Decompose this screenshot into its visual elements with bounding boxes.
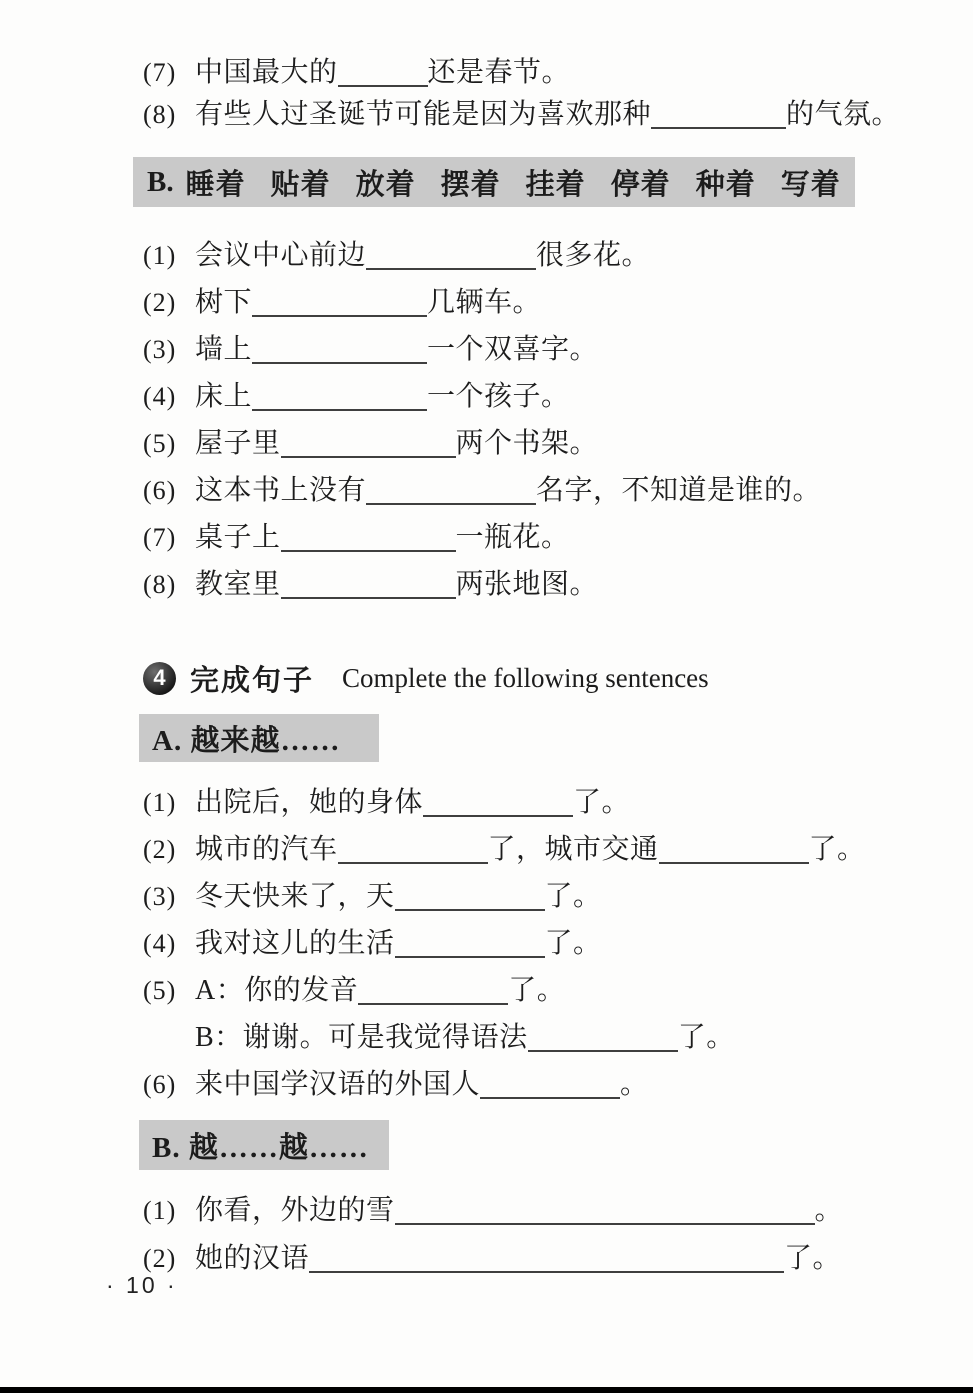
sentence-text: 了。 xyxy=(809,834,866,865)
word-bank-word: 放着 xyxy=(356,162,416,203)
item-number: (3) xyxy=(143,873,195,920)
item-number: (2) xyxy=(143,826,195,873)
item-number: (5) xyxy=(143,420,195,467)
sentence-row: B：谢谢。可是我觉得语法了。 xyxy=(143,1014,933,1061)
sentence-text: 一瓶花。 xyxy=(456,522,570,553)
answer-blank[interactable] xyxy=(309,1271,784,1273)
section-a-items: (1)出院后，她的身体了。(2)城市的汽车了，城市交通了。(3)冬天快来了，天了… xyxy=(143,779,933,1108)
answer-blank[interactable] xyxy=(395,1223,815,1225)
sentence-text: 了。 xyxy=(573,787,630,818)
sentence-text: 屋子里 xyxy=(195,428,281,459)
page-content: (7)中国最大的还是春节。(8)有些人过圣诞节可能是因为喜欢那种的气氛。 B. … xyxy=(143,52,933,1283)
answer-blank[interactable] xyxy=(252,409,427,411)
sentence-text: 来中国学汉语的外国人 xyxy=(195,1069,480,1100)
sentence-row: (2)树下几辆车。 xyxy=(143,279,933,326)
word-bank-highlight-bar: B. 睡着贴着放着摆着挂着停着种着写着 xyxy=(133,157,855,207)
item-number: (6) xyxy=(143,1061,195,1108)
answer-blank[interactable] xyxy=(366,268,536,270)
sentence-row: (4)我对这儿的生活了。 xyxy=(143,920,933,967)
page-number: · 10 · xyxy=(106,1272,178,1299)
answer-blank[interactable] xyxy=(281,550,456,552)
answer-blank[interactable] xyxy=(252,362,427,364)
sentence-text: 墙上 xyxy=(195,334,252,365)
sentence-text: 中国最大的 xyxy=(195,57,338,88)
sentence-text: A：你的发音 xyxy=(195,975,358,1006)
word-bank-word: 写着 xyxy=(781,162,841,203)
word-bank-word: 停着 xyxy=(611,162,671,203)
word-bank-word: 挂着 xyxy=(526,162,586,203)
word-bank-word: 贴着 xyxy=(271,162,331,203)
exercise-number-badge: 4 xyxy=(143,662,176,695)
sentence-row: (1)出院后，她的身体了。 xyxy=(143,779,933,826)
item-number: (8) xyxy=(143,94,195,136)
sentence-text: 出院后，她的身体 xyxy=(195,787,423,818)
answer-blank[interactable] xyxy=(395,956,545,958)
sentence-text: 一个孩子。 xyxy=(427,381,570,412)
sentence-text: 两个书架。 xyxy=(456,428,599,459)
sentence-text: 的气氛。 xyxy=(786,99,900,130)
answer-blank[interactable] xyxy=(366,503,536,505)
sentence-text: 床上 xyxy=(195,381,252,412)
item-number: (1) xyxy=(143,779,195,826)
sentence-text: 她的汉语 xyxy=(195,1243,309,1274)
sentence-row: (3)墙上一个双喜字。 xyxy=(143,326,933,373)
word-bank-word: 种着 xyxy=(696,162,756,203)
sentence-text: 冬天快来了，天 xyxy=(195,881,395,912)
sentence-row: (6)这本书上没有名字，不知道是谁的。 xyxy=(143,467,933,514)
sentence-row: (6)来中国学汉语的外国人。 xyxy=(143,1061,933,1108)
sentence-text: 了。 xyxy=(545,881,602,912)
sentence-text: 这本书上没有 xyxy=(195,475,366,506)
sentence-text: 树下 xyxy=(195,287,252,318)
sentence-row: (1)会议中心前边很多花。 xyxy=(143,232,933,279)
item-number: (5) xyxy=(143,967,195,1014)
word-bank-word: 睡着 xyxy=(186,162,246,203)
answer-blank[interactable] xyxy=(358,1003,508,1005)
sentence-row: (8)有些人过圣诞节可能是因为喜欢那种的气氛。 xyxy=(143,94,933,136)
sentence-text: 几辆车。 xyxy=(427,287,541,318)
item-number: (2) xyxy=(143,279,195,326)
sentence-row: (7)中国最大的还是春节。 xyxy=(143,52,933,94)
section-b-header: B. 越……越…… xyxy=(152,1125,369,1166)
answer-blank[interactable] xyxy=(281,597,456,599)
sentence-row: (2)她的汉语了。 xyxy=(143,1235,933,1283)
sentence-text: 桌子上 xyxy=(195,522,281,553)
answer-blank[interactable] xyxy=(338,85,428,87)
sentence-text: 一个双喜字。 xyxy=(427,334,598,365)
item-number: (8) xyxy=(143,561,195,608)
item-number: (1) xyxy=(143,232,195,279)
exercise-title-chinese: 完成句子 xyxy=(190,658,314,699)
answer-blank[interactable] xyxy=(651,127,786,129)
sentence-text: 了，城市交通 xyxy=(488,834,659,865)
answer-blank[interactable] xyxy=(659,862,809,864)
word-bank-label: B. xyxy=(147,166,174,199)
sentence-text: 。 xyxy=(815,1195,844,1226)
sentence-row: (1)你看，外边的雪。 xyxy=(143,1187,933,1235)
exercise-title-english: Complete the following sentences xyxy=(342,663,709,694)
answer-blank[interactable] xyxy=(252,315,427,317)
word-bank-fill-in-items: (1)会议中心前边很多花。(2)树下几辆车。(3)墙上一个双喜字。(4)床上一个… xyxy=(143,232,933,608)
section-b-items: (1)你看，外边的雪。(2)她的汉语了。 xyxy=(143,1187,933,1283)
sentence-text: 了。 xyxy=(678,1022,735,1053)
word-bank-word: 摆着 xyxy=(441,162,501,203)
answer-blank[interactable] xyxy=(281,456,456,458)
sentence-text: 了。 xyxy=(545,928,602,959)
item-number: (7) xyxy=(143,52,195,94)
sentence-text: B：谢谢。可是我觉得语法 xyxy=(195,1022,528,1053)
item-number: (6) xyxy=(143,467,195,514)
answer-blank[interactable] xyxy=(480,1097,620,1099)
sentence-row: (8)教室里两张地图。 xyxy=(143,561,933,608)
sentence-text: 城市的汽车 xyxy=(195,834,338,865)
answer-blank[interactable] xyxy=(528,1050,678,1052)
sentence-text: 很多花。 xyxy=(536,240,650,271)
section-b-highlight-bar: B. 越……越…… xyxy=(139,1120,389,1170)
sentence-row: (2)城市的汽车了，城市交通了。 xyxy=(143,826,933,873)
sentence-text: 名字，不知道是谁的。 xyxy=(536,475,821,506)
word-bank-words: 睡着贴着放着摆着挂着停着种着写着 xyxy=(186,162,841,203)
sentence-text: 了。 xyxy=(508,975,565,1006)
sentence-text: 。 xyxy=(620,1069,649,1100)
sentence-text: 有些人过圣诞节可能是因为喜欢那种 xyxy=(195,99,651,130)
sentence-row: (4)床上一个孩子。 xyxy=(143,373,933,420)
sentence-text: 我对这儿的生活 xyxy=(195,928,395,959)
answer-blank[interactable] xyxy=(423,815,573,817)
sentence-row: (7)桌子上一瓶花。 xyxy=(143,514,933,561)
intro-fill-in-items: (7)中国最大的还是春节。(8)有些人过圣诞节可能是因为喜欢那种的气氛。 xyxy=(143,52,933,136)
sentence-text: 你看，外边的雪 xyxy=(195,1195,395,1226)
item-number: (1) xyxy=(143,1187,195,1235)
bottom-scan-rule xyxy=(0,1387,973,1393)
section-a-highlight-bar: A. 越来越…… xyxy=(139,714,379,762)
sentence-text: 了。 xyxy=(784,1243,841,1274)
item-number: (4) xyxy=(143,920,195,967)
sentence-row: (5)屋子里两个书架。 xyxy=(143,420,933,467)
sentence-text: 两张地图。 xyxy=(456,569,599,600)
sentence-text: 教室里 xyxy=(195,569,281,600)
item-number: (3) xyxy=(143,326,195,373)
section-a-header: A. 越来越…… xyxy=(152,718,340,759)
sentence-row: (5)A：你的发音了。 xyxy=(143,967,933,1014)
answer-blank[interactable] xyxy=(395,909,545,911)
sentence-row: (3)冬天快来了，天了。 xyxy=(143,873,933,920)
sentence-text: 还是春节。 xyxy=(428,57,571,88)
answer-blank[interactable] xyxy=(338,862,488,864)
sentence-text: 会议中心前边 xyxy=(195,240,366,271)
exercise-4-header: 4 完成句子 Complete the following sentences xyxy=(143,657,933,699)
item-number: (7) xyxy=(143,514,195,561)
item-number: (4) xyxy=(143,373,195,420)
